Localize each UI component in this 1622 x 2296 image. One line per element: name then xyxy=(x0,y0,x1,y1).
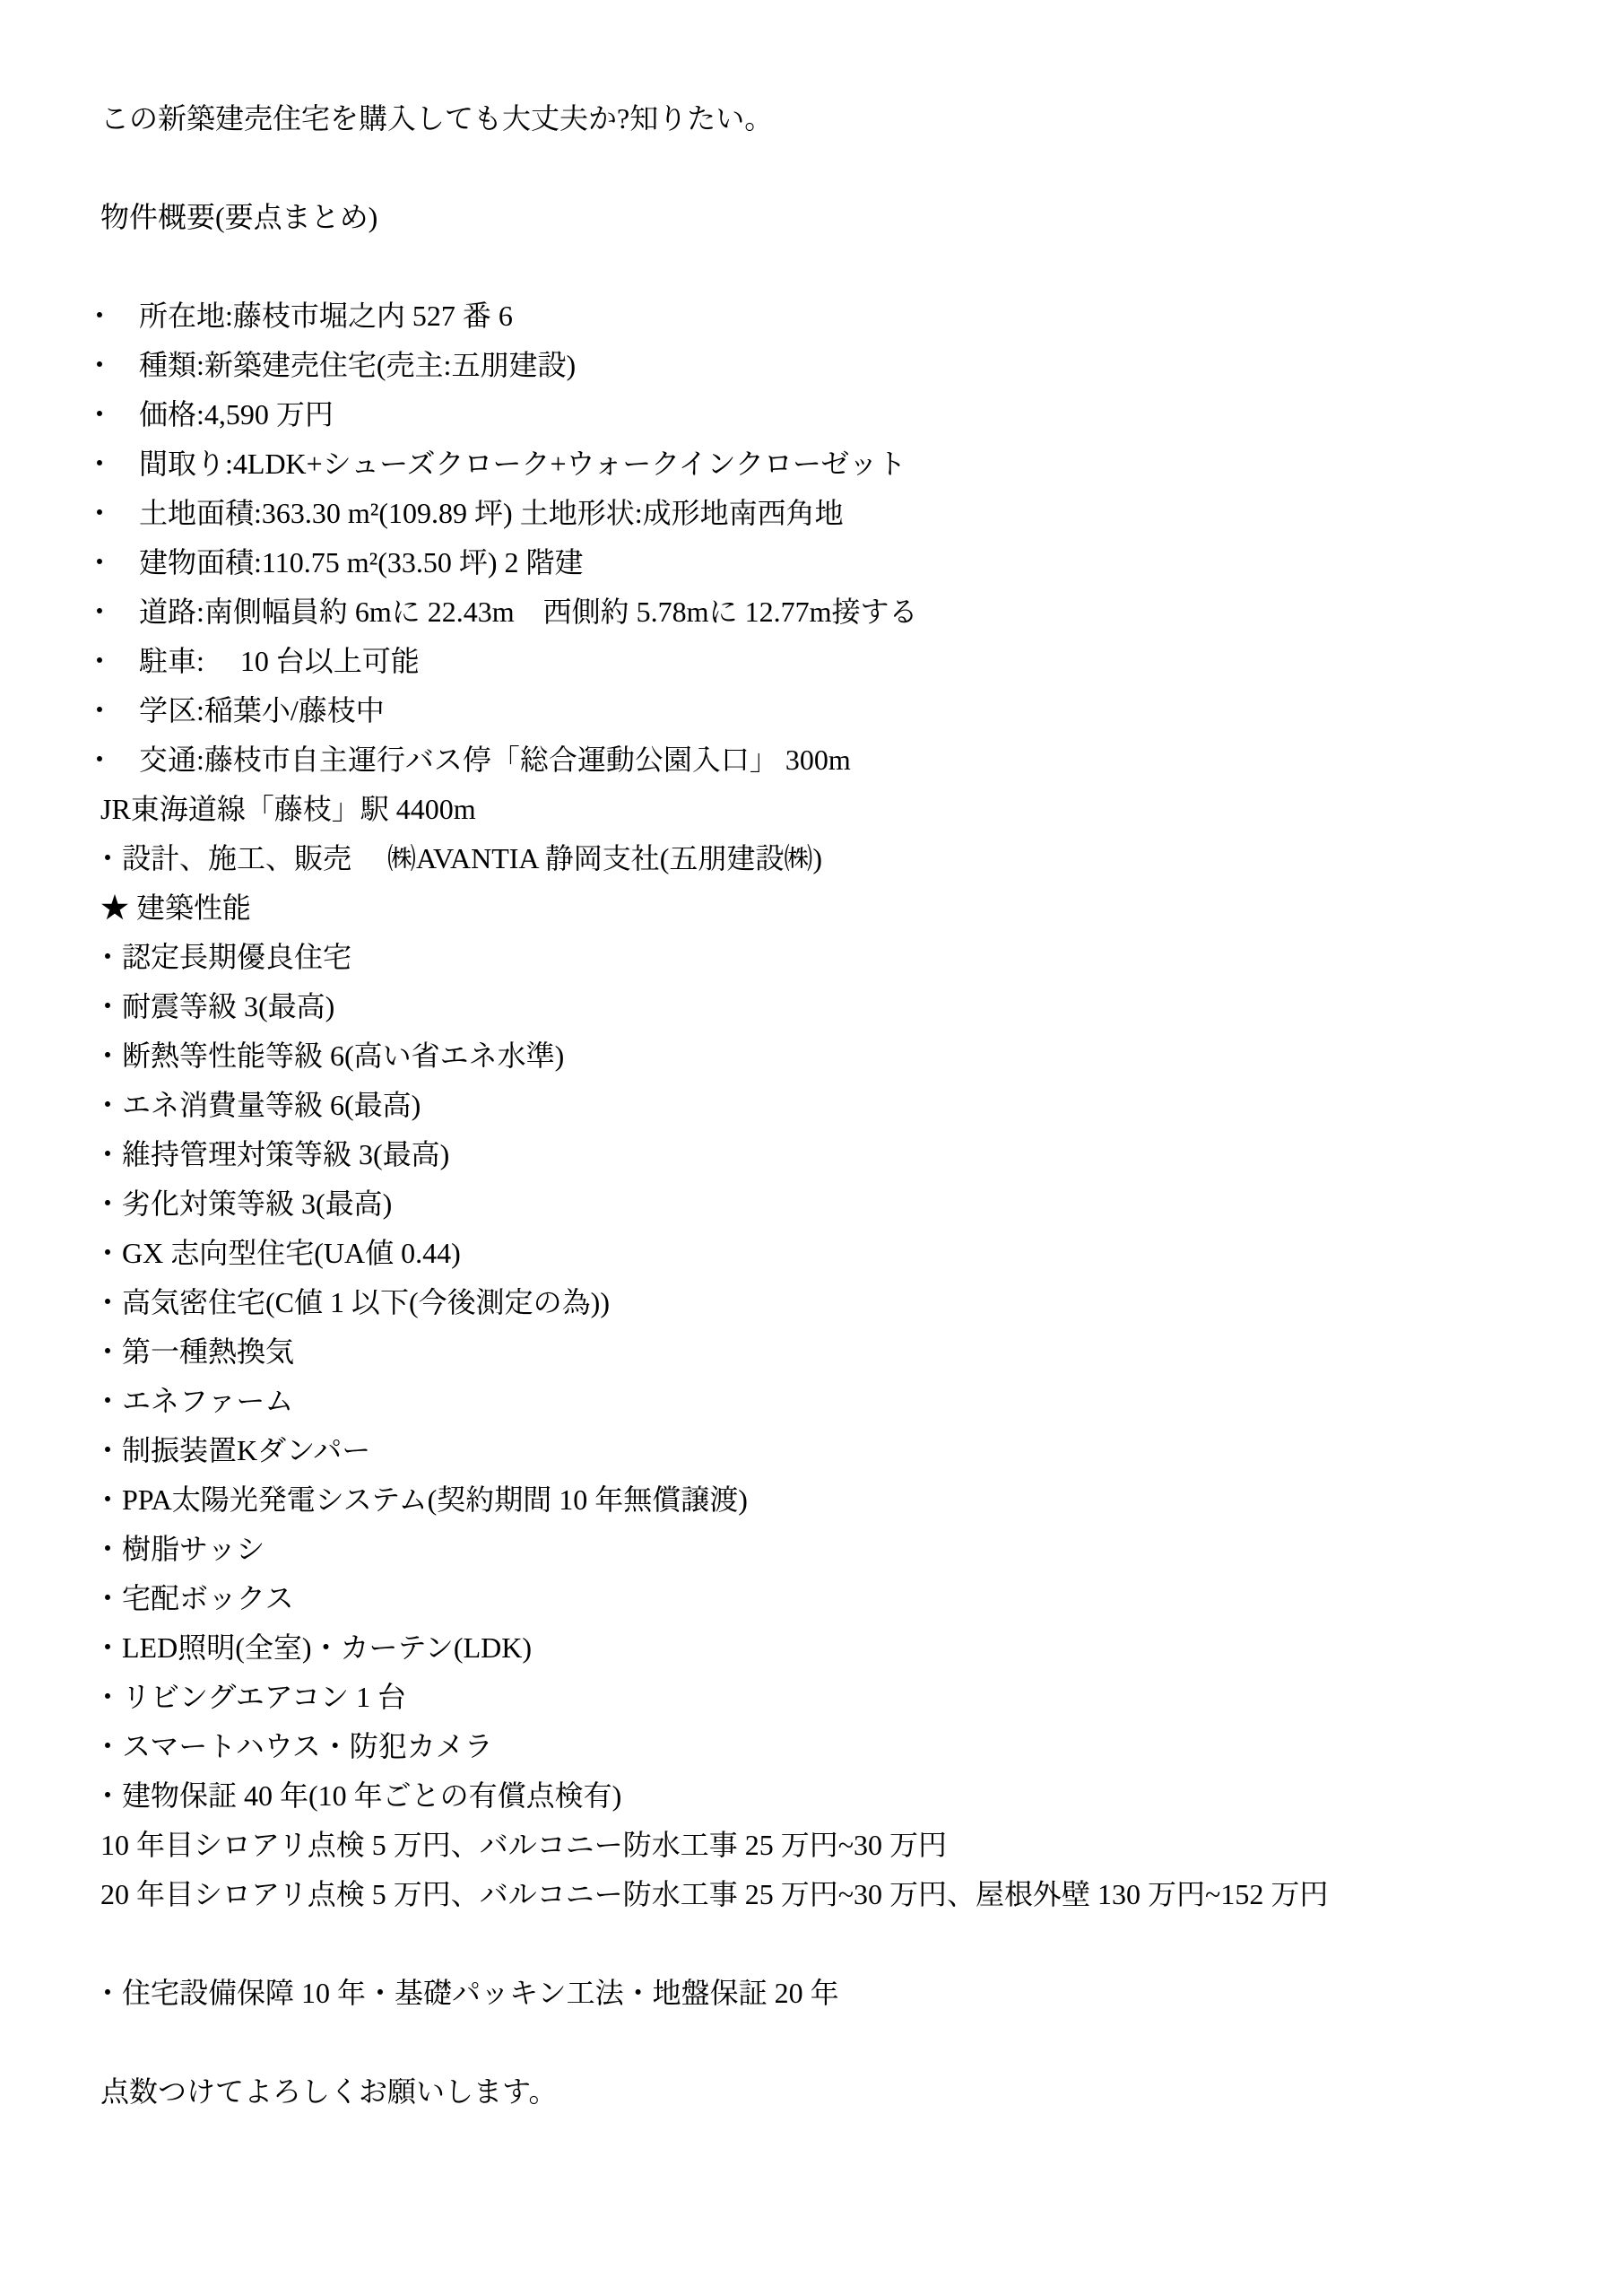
perf-k-damper: ・制振装置Kダンパー xyxy=(93,1426,1586,1475)
perf-maintenance-grade-3: ・維持管理対策等級 3(最高) xyxy=(93,1130,1586,1179)
line-text: ・エネファーム xyxy=(93,1385,293,1417)
line-text: ・建物保証 40 年(10 年ごとの有償点検有) xyxy=(93,1779,621,1812)
bullet-marker: ・ xyxy=(85,538,139,587)
perf-certified-long-term-quality-housing: ・認定長期優良住宅 xyxy=(93,933,1586,982)
line-text: 所在地:藤枝市堀之内 527 番 6 xyxy=(139,300,513,332)
perf-high-airtightness: ・高気密住宅(C値 1 以下(今後測定の為)) xyxy=(93,1278,1586,1327)
bullet-marker: ・ xyxy=(85,489,139,538)
bullet-marker: ・ xyxy=(85,735,139,785)
line-text: 10 年目シロアリ点検 5 万円、バルコニー防水工事 25 万円~30 万円 xyxy=(100,1829,947,1861)
maintenance-cost-10yr: 10 年目シロアリ点検 5 万円、バルコニー防水工事 25 万円~30 万円 xyxy=(100,1821,1586,1870)
perf-delivery-box: ・宅配ボックス xyxy=(93,1574,1586,1623)
item-parking: ・駐車: 10 台以上可能 xyxy=(85,637,1586,686)
heading-construction-performance: ★ 建築性能 xyxy=(100,883,1586,933)
line-text: 駐車: 10 台以上可能 xyxy=(139,645,420,677)
bullet-marker: ・ xyxy=(85,390,139,439)
line-text: ★ 建築性能 xyxy=(100,891,251,924)
line-text: この新築建売住宅を購入しても大丈夫か?知りたい。 xyxy=(100,102,773,135)
line-text: 点数つけてよろしくお願いします。 xyxy=(100,2075,557,2108)
bullet-marker: ・ xyxy=(85,587,139,637)
heading-property-overview: 物件概要(要点まとめ) xyxy=(100,193,1586,242)
perf-type1-heat-exchange-ventilation: ・第一種熱換気 xyxy=(93,1327,1586,1377)
line-text: ・認定長期優良住宅 xyxy=(93,941,351,973)
line-text: 道路:南側幅員約 6mに 22.43m 西側約 5.78mに 12.77m接する xyxy=(139,596,917,628)
perf-deterioration-grade-3: ・劣化対策等級 3(最高) xyxy=(93,1179,1586,1229)
item-floorplan: ・間取り:4LDK+シューズクローク+ウォークインクローゼット xyxy=(85,439,1586,489)
bullet-marker: ・ xyxy=(85,637,139,686)
line-text: ・設計、施工、販売 ㈱AVANTIA 静岡支社(五朋建設㈱) xyxy=(93,842,822,874)
item-land-area: ・土地面積:363.30 m²(109.89 坪) 土地形状:成形地南西角地 xyxy=(85,489,1586,538)
perf-led-lighting-curtains: ・LED照明(全室)・カーテン(LDK) xyxy=(93,1623,1586,1673)
line-text: ・高気密住宅(C値 1 以下(今後測定の為)) xyxy=(93,1286,610,1318)
line-text: 学区:稲葉小/藤枝中 xyxy=(139,694,385,726)
blank-line xyxy=(100,1919,1586,1969)
line-text: ・劣化対策等級 3(最高) xyxy=(93,1187,392,1220)
item-location: ・所在地:藤枝市堀之内 527 番 6 xyxy=(85,291,1586,341)
perf-seismic-grade-3: ・耐震等級 3(最高) xyxy=(93,982,1586,1031)
perf-ppa-solar-system: ・PPA太陽光発電システム(契約期間 10 年無償譲渡) xyxy=(93,1475,1586,1525)
closing-request: 点数つけてよろしくお願いします。 xyxy=(100,2067,1586,2117)
item-equipment-foundation-ground-warranty: ・住宅設備保障 10 年・基礎パッキン工法・地盤保証 20 年 xyxy=(93,1969,1586,2018)
line-text: 価格:4,590 万円 xyxy=(139,398,334,430)
line-text: ・GX 志向型住宅(UA値 0.44) xyxy=(93,1237,461,1269)
line-text: ・制振装置Kダンパー xyxy=(93,1434,370,1466)
line-text: ・樹脂サッシ xyxy=(93,1533,265,1565)
line-text: ・住宅設備保障 10 年・基礎パッキン工法・地盤保証 20 年 xyxy=(93,1977,839,2009)
line-text: 物件概要(要点まとめ) xyxy=(100,201,377,233)
perf-smart-house-security-camera: ・スマートハウス・防犯カメラ xyxy=(93,1722,1586,1771)
item-school-district: ・学区:稲葉小/藤枝中 xyxy=(85,686,1586,735)
line-text: ・維持管理対策等級 3(最高) xyxy=(93,1138,449,1170)
perf-building-warranty-40yr: ・建物保証 40 年(10 年ごとの有償点検有) xyxy=(93,1771,1586,1821)
perf-enefarm: ・エネファーム xyxy=(93,1377,1586,1426)
item-price: ・価格:4,590 万円 xyxy=(85,390,1586,439)
item-transport: ・交通:藤枝市自主運行バス停「総合運動公園入口」 300m xyxy=(85,735,1586,785)
perf-gx-oriented-house: ・GX 志向型住宅(UA値 0.44) xyxy=(93,1229,1586,1278)
line-text: ・リビングエアコン 1 台 xyxy=(93,1681,406,1713)
bullet-marker: ・ xyxy=(85,341,139,390)
line-text: ・スマートハウス・防犯カメラ xyxy=(93,1730,493,1762)
line-text: 種類:新築建売住宅(売主:五朋建設) xyxy=(139,349,576,381)
line-text: ・第一種熱換気 xyxy=(93,1335,294,1368)
perf-resin-sash: ・樹脂サッシ xyxy=(93,1525,1586,1574)
intro-question: この新築建売住宅を購入しても大丈夫か?知りたい。 xyxy=(100,94,1586,143)
line-text: 建物面積:110.75 m²(33.50 坪) 2 階建 xyxy=(139,546,584,578)
item-road: ・道路:南側幅員約 6mに 22.43m 西側約 5.78mに 12.77m接す… xyxy=(85,587,1586,637)
document-page: この新築建売住宅を購入しても大丈夫か?知りたい。物件概要(要点まとめ)・所在地:… xyxy=(0,0,1622,2296)
item-building-area: ・建物面積:110.75 m²(33.50 坪) 2 階建 xyxy=(85,538,1586,587)
line-text: 土地面積:363.30 m²(109.89 坪) 土地形状:成形地南西角地 xyxy=(139,497,844,529)
blank-line xyxy=(100,143,1586,193)
line-text: ・エネ消費量等級 6(最高) xyxy=(93,1089,421,1121)
blank-line xyxy=(100,2018,1586,2067)
line-text: 交通:藤枝市自主運行バス停「総合運動公園入口」 300m xyxy=(139,744,851,776)
line-text: 間取り:4LDK+シューズクローク+ウォークインクローゼット xyxy=(139,448,906,480)
line-text: ・耐震等級 3(最高) xyxy=(93,990,334,1022)
bullet-marker: ・ xyxy=(85,686,139,735)
line-jr-station: JR東海道線「藤枝」駅 4400m xyxy=(100,785,1586,834)
line-text: 20 年目シロアリ点検 5 万円、バルコニー防水工事 25 万円~30 万円、屋… xyxy=(100,1878,1328,1910)
bullet-marker: ・ xyxy=(85,291,139,341)
line-text: JR東海道線「藤枝」駅 4400m xyxy=(100,793,476,825)
perf-living-room-aircon: ・リビングエアコン 1 台 xyxy=(93,1673,1586,1722)
line-text: ・断熱等性能等級 6(高い省エネ水準) xyxy=(93,1039,564,1072)
perf-energy-consumption-grade-6: ・エネ消費量等級 6(最高) xyxy=(93,1081,1586,1130)
item-design-construction-sales: ・設計、施工、販売 ㈱AVANTIA 静岡支社(五朋建設㈱) xyxy=(93,834,1586,883)
item-type: ・種類:新築建売住宅(売主:五朋建設) xyxy=(85,341,1586,390)
document-body: この新築建売住宅を購入しても大丈夫か?知りたい。物件概要(要点まとめ)・所在地:… xyxy=(100,94,1586,2117)
blank-line xyxy=(100,242,1586,291)
line-text: ・宅配ボックス xyxy=(93,1582,294,1614)
line-text: ・PPA太陽光発電システム(契約期間 10 年無償譲渡) xyxy=(93,1483,748,1516)
line-text: ・LED照明(全室)・カーテン(LDK) xyxy=(93,1631,532,1664)
maintenance-cost-20yr: 20 年目シロアリ点検 5 万円、バルコニー防水工事 25 万円~30 万円、屋… xyxy=(100,1870,1586,1919)
bullet-marker: ・ xyxy=(85,439,139,489)
perf-insulation-grade-6: ・断熱等性能等級 6(高い省エネ水準) xyxy=(93,1031,1586,1081)
